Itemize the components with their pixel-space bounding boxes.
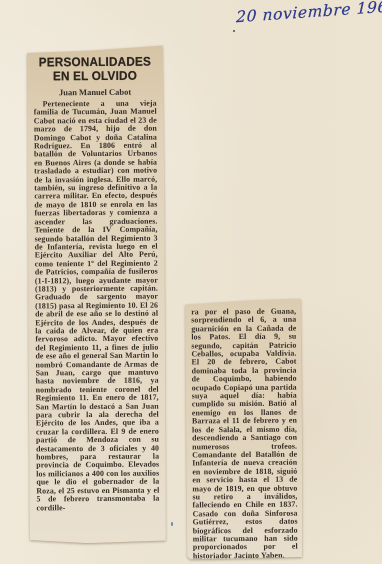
article-body-left-column: Perteneciente a una vieja familia de Tuc… — [34, 100, 160, 513]
article-byline: Juan Manuel Cabot — [34, 87, 157, 98]
newspaper-clipping-left: PERSONALIDADES EN EL OLVIDO Juan Manuel … — [28, 46, 165, 543]
article-headline-line2: EN EL OLVIDO — [37, 69, 153, 83]
handwritten-date: 20 noviembre 1967 — [236, 0, 382, 26]
ink-speck — [171, 522, 173, 526]
article-headline: PERSONALIDADES EN EL OLVIDO — [37, 56, 153, 84]
ink-dot — [233, 30, 235, 32]
album-page: 20 noviembre 1967 PERSONALIDADES EN EL O… — [0, 0, 382, 564]
article-body-right-column: ra por el paso de Guana, sorprendiendo e… — [191, 308, 298, 560]
newspaper-clipping-right: ra por el paso de Guana, sorprendiendo e… — [186, 299, 302, 559]
clipping-right-paper: ra por el paso de Guana, sorprendiendo e… — [185, 299, 303, 560]
clipping-left-paper: PERSONALIDADES EN EL OLVIDO Juan Manuel … — [26, 46, 166, 544]
